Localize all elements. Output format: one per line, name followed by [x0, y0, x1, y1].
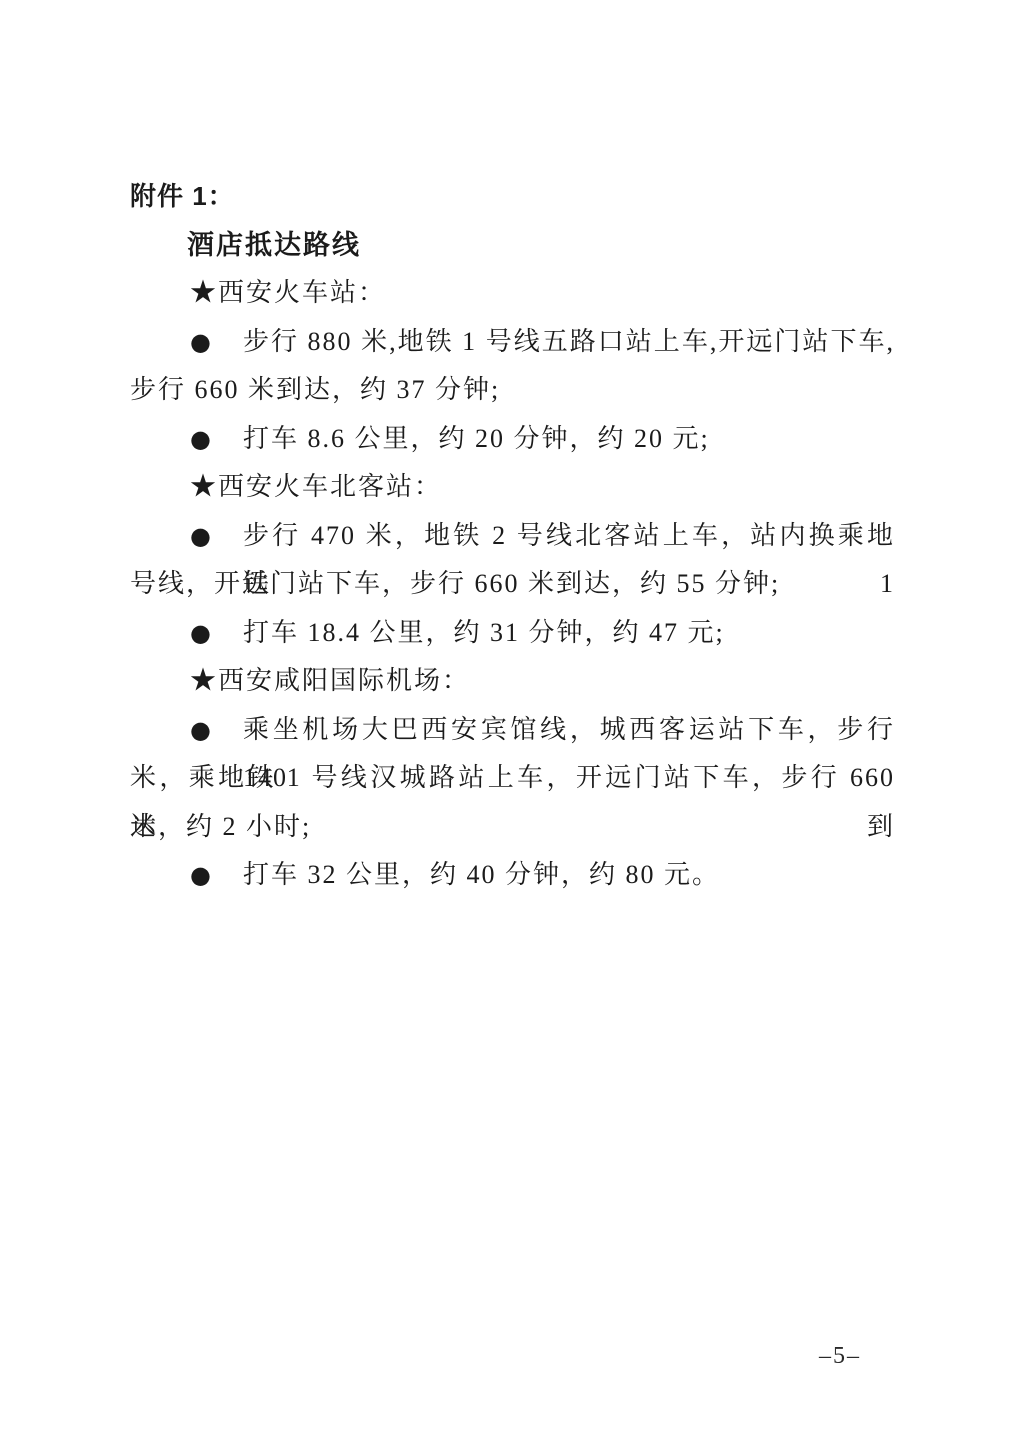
route-line: ● 步行 880 米,地铁 1 号线五路口站上车,开远门站下车,	[130, 318, 895, 367]
route-text: 步行 880 米,地铁 1 号线五路口站上车,开远门站下车,	[243, 318, 895, 367]
route-text: 乘坐机场大巴西安宾馆线，城西客运站下车，步行 140	[243, 706, 895, 755]
bullet-icon: ●	[190, 512, 243, 561]
route-line: ● 打车 32 公里，约 40 分钟，约 80 元。	[130, 851, 895, 900]
document-page: { "document": { "attachment_label": "附件 …	[0, 0, 1024, 1448]
document-title: 酒店抵达路线	[130, 221, 895, 270]
route-line: ● 步行 470 米，地铁 2 号线北客站上车，站内换乘地铁 1	[130, 512, 895, 561]
route-text: 步行 470 米，地铁 2 号线北客站上车，站内换乘地铁 1	[243, 512, 895, 561]
attachment-label: 附件 1：	[130, 172, 895, 221]
document-body: 附件 1： 酒店抵达路线 ★西安火车站： ● 步行 880 米,地铁 1 号线五…	[130, 172, 895, 900]
route-line: ● 乘坐机场大巴西安宾馆线，城西客运站下车，步行 140	[130, 706, 895, 755]
route-text: 打车 18.4 公里，约 31 分钟，约 47 元;	[243, 609, 895, 658]
route-text: 打车 32 公里，约 40 分钟，约 80 元。	[243, 851, 895, 900]
heading-xian-north-station: ★西安火车北客站：	[130, 463, 895, 512]
page-number: –5–	[804, 1340, 876, 1372]
route-line: ● 打车 18.4 公里，约 31 分钟，约 47 元;	[130, 609, 895, 658]
route-line: 米，乘地铁 1 号线汉城路站上车，开远门站下车，步行 660 米到	[130, 754, 895, 803]
heading-xian-railway-station: ★西安火车站：	[130, 269, 895, 318]
bullet-icon: ●	[190, 609, 243, 658]
route-line: ● 打车 8.6 公里，约 20 分钟，约 20 元;	[130, 415, 895, 464]
bullet-icon: ●	[190, 318, 243, 367]
bullet-icon: ●	[190, 851, 243, 900]
route-line: 步行 660 米到达，约 37 分钟;	[130, 366, 895, 415]
bullet-icon: ●	[190, 415, 243, 464]
route-text: 打车 8.6 公里，约 20 分钟，约 20 元;	[243, 415, 895, 464]
heading-xianyang-airport: ★西安咸阳国际机场：	[130, 657, 895, 706]
bullet-icon: ●	[190, 706, 243, 755]
